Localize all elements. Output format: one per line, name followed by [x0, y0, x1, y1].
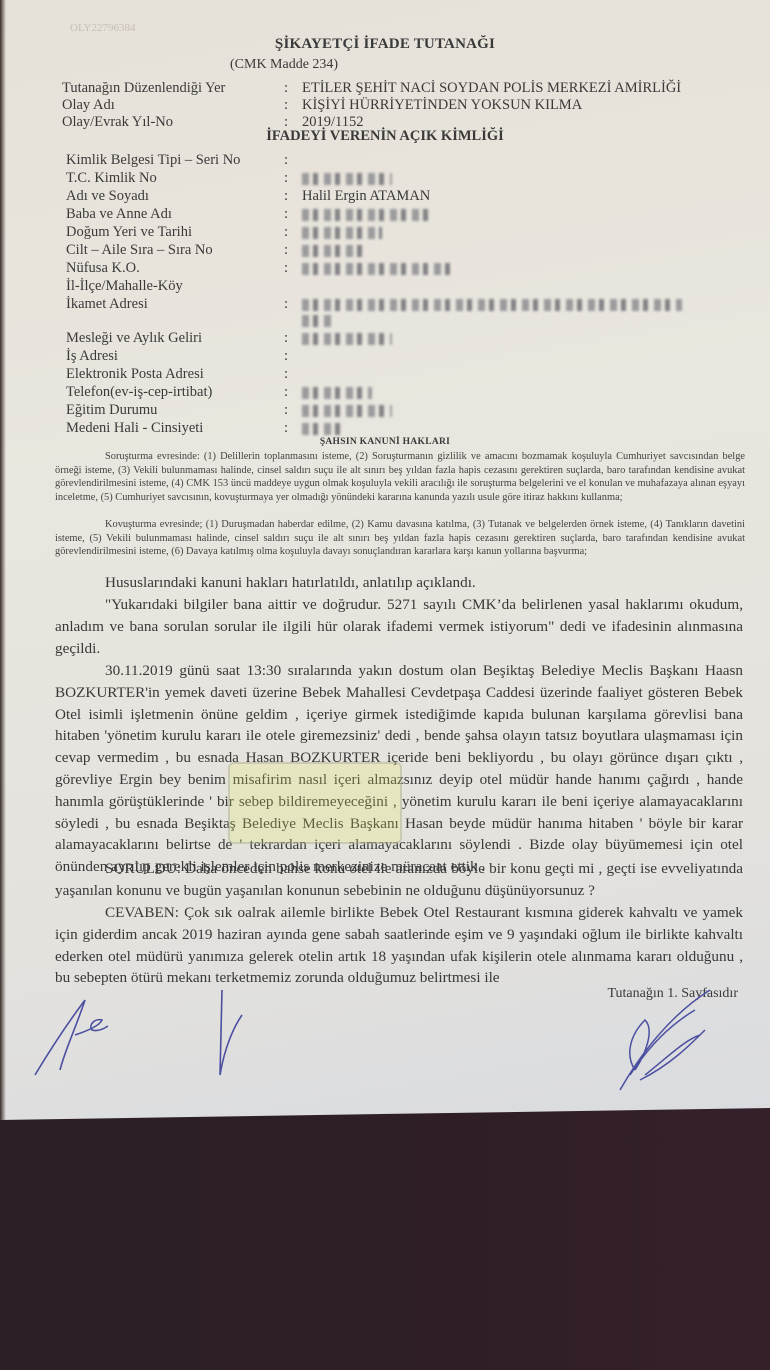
- signature-1-icon: [30, 990, 130, 1080]
- redacted-value: [302, 245, 362, 257]
- field-label: Eğitim Durumu: [66, 402, 284, 420]
- field-label: Medeni Hali - Cinsiyeti: [66, 420, 284, 438]
- signature-3-icon: [600, 985, 720, 1095]
- field-label: İl-İlçe/Mahalle-Köy: [66, 278, 284, 296]
- field-label: Cilt – Aile Sıra – Sıra No: [66, 242, 284, 260]
- field-label: İş Adresi: [66, 348, 284, 366]
- table-background: [0, 1100, 770, 1370]
- field-colon: :: [284, 97, 302, 114]
- field-label: Mesleği ve Aylık Geliri: [66, 330, 284, 348]
- identity-field: T.C. Kimlik No:: [66, 170, 392, 188]
- spacer: [284, 312, 302, 330]
- identity-field: Eğitim Durumu:: [66, 402, 392, 420]
- spacer: [66, 312, 284, 330]
- field-label: Baba ve Anne Adı: [66, 206, 284, 224]
- identity-field: Adı ve Soyadı:Halil Ergin ATAMAN: [66, 188, 430, 206]
- document-page: OLY22796384 ŞİKAYETÇİ İFADE TUTANAĞI (CM…: [0, 0, 770, 1120]
- redacted-value: [302, 173, 392, 185]
- identity-field: Telefon(ev-iş-cep-irtibat):: [66, 384, 372, 402]
- redacted-value: [302, 209, 432, 221]
- redacted-value: [302, 315, 332, 327]
- identity-field: Medeni Hali - Cinsiyeti:: [66, 420, 342, 438]
- identity-field: İl-İlçe/Mahalle-Köy: [66, 278, 302, 296]
- signature-2-icon: [200, 985, 250, 1080]
- field-label: Adı ve Soyadı: [66, 188, 284, 206]
- watermark-stamp: [228, 762, 402, 844]
- document-subtitle: (CMK Madde 234): [230, 57, 338, 73]
- field-colon: :: [284, 384, 302, 402]
- field-colon: :: [284, 348, 302, 366]
- redacted-address-continuation: [66, 312, 332, 330]
- field-label: Telefon(ev-iş-cep-irtibat): [66, 384, 284, 402]
- field-colon: :: [284, 260, 302, 278]
- document-title: ŞİKAYETÇİ İFADE TUTANAĞI: [0, 36, 770, 53]
- redacted-value: [302, 263, 452, 275]
- identity-field: Doğum Yeri ve Tarihi:: [66, 224, 382, 242]
- answer: CEVABEN: Çok sık oalrak ailemle birlikte…: [55, 902, 743, 989]
- serial-number: OLY22796384: [70, 22, 136, 34]
- rights-title: ŞAHSIN KANUNİ HAKLARI: [0, 437, 770, 447]
- field-colon: :: [284, 366, 302, 384]
- declaration: "Yukarıdaki bilgiler bana aittir ve doğr…: [55, 594, 743, 659]
- redacted-value: [302, 423, 342, 435]
- field-colon: [284, 278, 302, 296]
- field-label: Kimlik Belgesi Tipi – Seri No: [66, 152, 284, 170]
- identity-field: İş Adresi:: [66, 348, 302, 366]
- field-colon: :: [284, 420, 302, 438]
- identity-field: Baba ve Anne Adı:: [66, 206, 432, 224]
- field-colon: :: [284, 402, 302, 420]
- rights-prosecution: Kovuşturma evresinde; (1) Duruşmadan hab…: [55, 518, 745, 559]
- header-field-event: Olay Adı : KİŞİYİ HÜRRİYETİNDEN YOKSUN K…: [62, 97, 582, 114]
- identity-field: Kimlik Belgesi Tipi – Seri No:: [66, 152, 302, 170]
- field-colon: :: [284, 188, 302, 206]
- redacted-value: [302, 333, 392, 345]
- redacted-value: [302, 227, 382, 239]
- field-colon: :: [284, 224, 302, 242]
- field-label: Doğum Yeri ve Tarihi: [66, 224, 284, 242]
- field-label: Tutanağın Düzenlendiği Yer: [62, 80, 284, 97]
- field-colon: :: [284, 170, 302, 188]
- identity-section-title: İFADEYİ VERENİN AÇIK KİMLİĞİ: [0, 128, 770, 145]
- redacted-value: [302, 387, 372, 399]
- field-value: ETİLER ŞEHİT NACİ SOYDAN POLİS MERKEZİ A…: [302, 80, 681, 97]
- rights-reminded: Hususlarındaki kanuni hakları hatırlatıl…: [55, 572, 743, 594]
- question: SORULDU: Daha önceden bahse konu otel il…: [55, 858, 743, 902]
- field-colon: :: [284, 152, 302, 170]
- field-value: Halil Ergin ATAMAN: [302, 188, 430, 206]
- field-value: KİŞİYİ HÜRRİYETİNDEN YOKSUN KILMA: [302, 97, 582, 114]
- field-colon: :: [284, 330, 302, 348]
- field-label: Nüfusa K.O.: [66, 260, 284, 278]
- field-colon: :: [284, 80, 302, 97]
- header-field-location: Tutanağın Düzenlendiği Yer : ETİLER ŞEHİ…: [62, 80, 681, 97]
- field-label: T.C. Kimlik No: [66, 170, 284, 188]
- rights-investigation: Soruşturma evresinde: (1) Delillerin top…: [55, 450, 745, 504]
- field-colon: :: [284, 242, 302, 260]
- redacted-value: [302, 405, 392, 417]
- field-label: Elektronik Posta Adresi: [66, 366, 284, 384]
- identity-field: Cilt – Aile Sıra – Sıra No:: [66, 242, 362, 260]
- redacted-value: [302, 299, 682, 311]
- identity-field: Nüfusa K.O.:: [66, 260, 452, 278]
- identity-field: Mesleği ve Aylık Geliri:: [66, 330, 392, 348]
- field-colon: :: [284, 206, 302, 224]
- identity-field: Elektronik Posta Adresi:: [66, 366, 302, 384]
- field-label: Olay Adı: [62, 97, 284, 114]
